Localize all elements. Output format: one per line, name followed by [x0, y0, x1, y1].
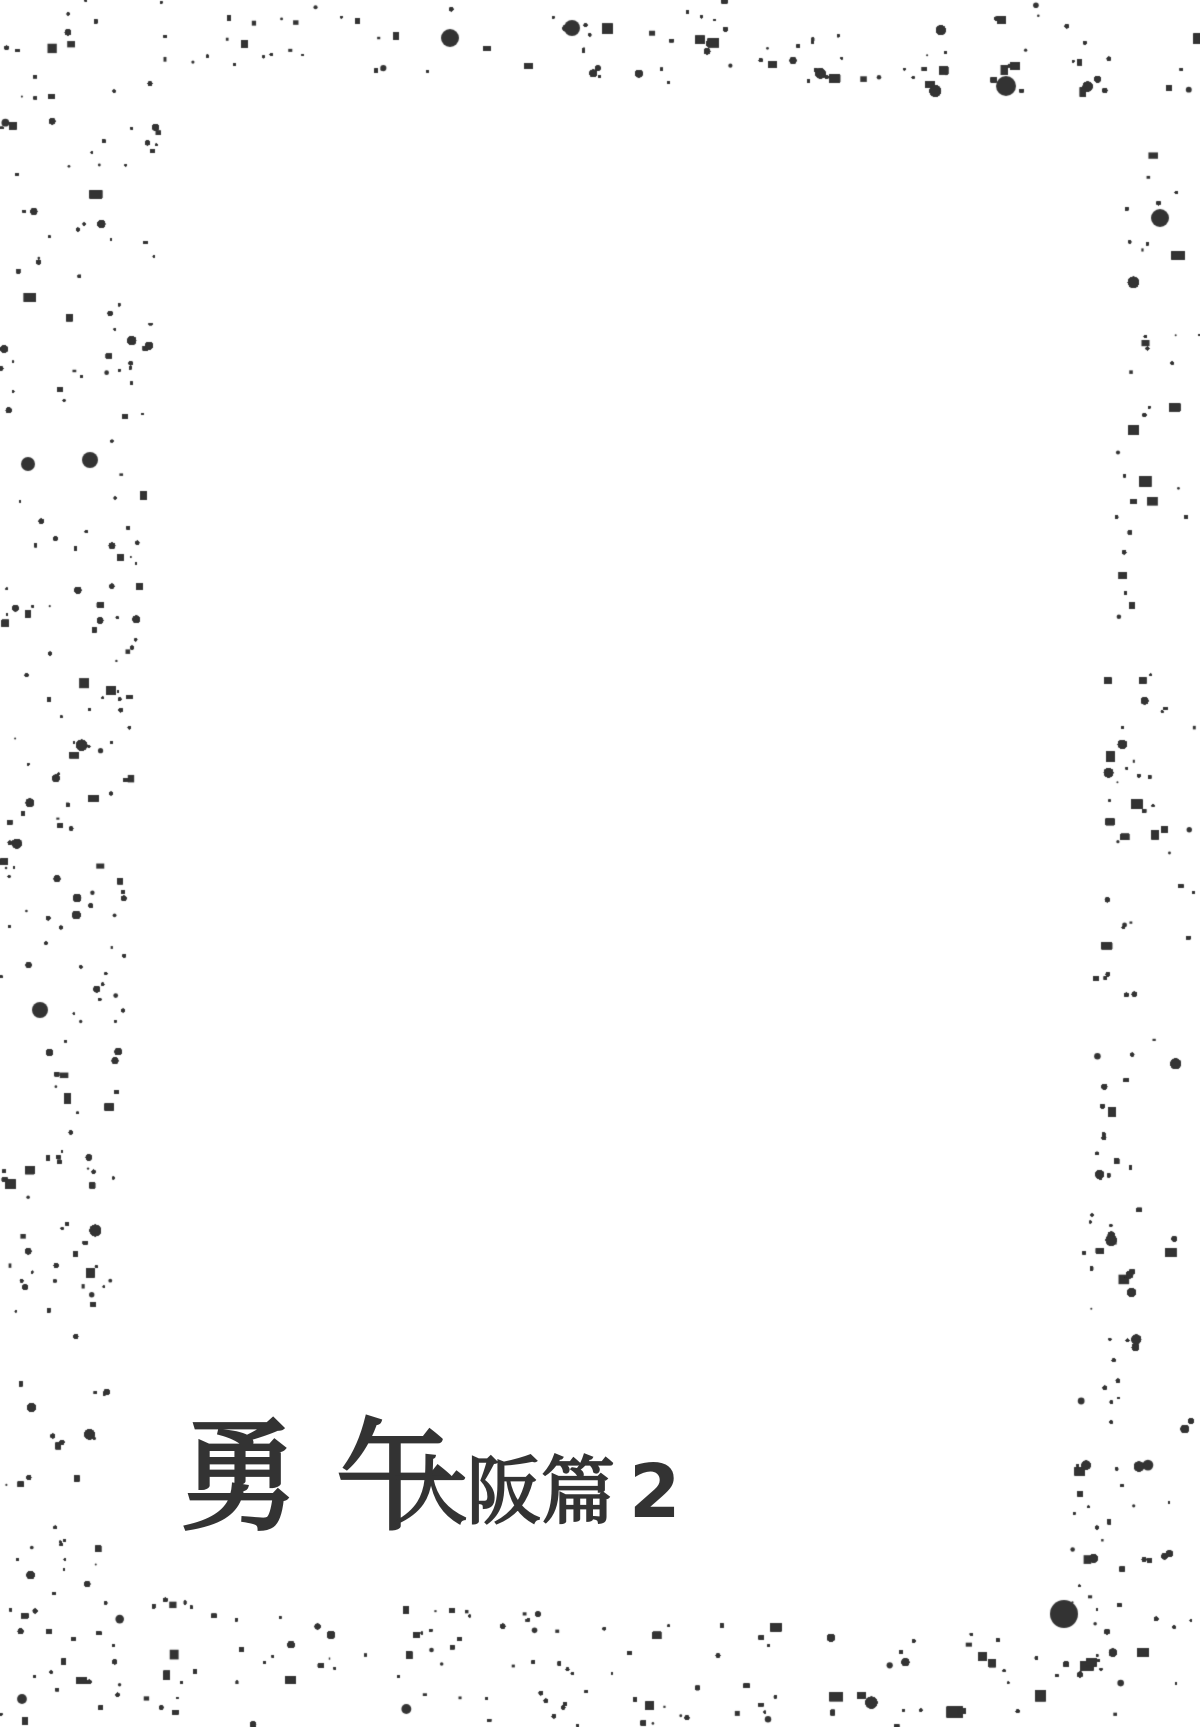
title-page: 勇午 大阪篇2	[0, 0, 1200, 1727]
volume-number: 2	[629, 1449, 681, 1535]
arc-subtitle: 大阪篇2	[393, 1455, 681, 1529]
arc-name: 大阪篇	[393, 1449, 615, 1535]
